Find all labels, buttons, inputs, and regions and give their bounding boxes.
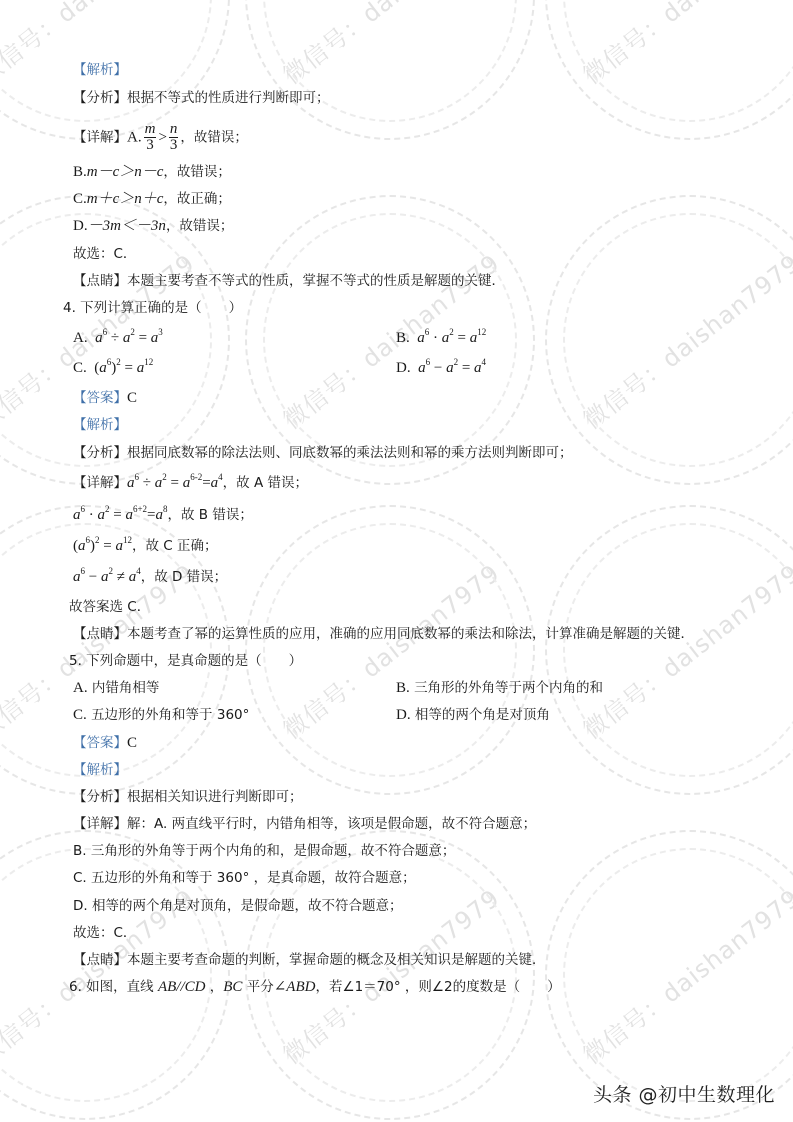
section-heading-jiexi: 【解析】 (73, 60, 127, 80)
q4-option-a: A. a6 ÷ a2 = a3 (73, 328, 163, 348)
question-4-stem: 4. 下列计算正确的是（ ） (63, 298, 242, 318)
detail-line-c: C.m＋c＞n＋c，故正确； (73, 189, 231, 209)
section-heading-jiexi: 【解析】 (73, 415, 127, 435)
detail-line-a: 【详解】A.m3>n3，故错误； (73, 122, 248, 153)
key-point-line: 【点睛】本题主要考查不等式的性质，掌握不等式的性质是解题的关键． (73, 271, 505, 291)
q4-option-b: B. a6 · a2 = a12 (396, 328, 486, 348)
detail-line: C. 五边形的外角和等于 360° ，是真命题，故符合题意； (73, 868, 416, 888)
watermark-stamp: 微信号：daishan7979 (545, 505, 793, 795)
section-heading-jiexi: 【解析】 (73, 760, 127, 780)
conclusion-line: 故答案选 C． (69, 597, 150, 617)
watermark-stamp: 微信号：daishan7979 (545, 195, 793, 485)
q5-option-d: D. 相等的两个角是对顶角 (396, 705, 550, 725)
q4-option-d: D. a6 − a2 = a4 (396, 358, 486, 378)
question-5-stem: 5. 下列命题中，是真命题的是（ ） (69, 651, 302, 671)
analysis-line: 【分析】根据相关知识进行判断即可； (73, 787, 303, 807)
source-credit: 头条 @初中生数理化 (593, 1080, 775, 1107)
fraction: n3 (169, 122, 179, 153)
detail-step-1: 【详解】a6 ÷ a2 = a6-2=a4，故 A 错误； (73, 473, 308, 493)
detail-step-3: (a6)2 = a12，故 C 正确； (73, 536, 217, 556)
detail-step-4: a6 − a2 ≠ a4，故 D 错误； (73, 567, 227, 587)
watermark-stamp: 微信号：daishan7979 (545, 0, 793, 140)
detail-line-d: D.－3m＜－3n，故错误； (73, 216, 233, 236)
detail-step-2: a6 · a2 = a6+2=a8，故 B 错误； (73, 505, 253, 525)
question-6-stem: 6. 如图，直线 AB//CD ，BC 平分∠ABD，若∠1＝70° ，则∠2的… (69, 977, 561, 997)
conclusion-line: 故选：C． (73, 923, 136, 943)
detail-line-b: B.m－c＞n－c，故错误； (73, 162, 231, 182)
q5-option-c: C. 五边形的外角和等于 360° (73, 705, 249, 725)
watermark-stamp: 微信号：daishan7979 (245, 505, 535, 795)
key-point-line: 【点睛】本题主要考查命题的判断，掌握命题的概念及相关知识是解题的关键． (73, 950, 546, 970)
watermark-stamp: 微信号：daishan7979 (245, 0, 535, 140)
answer-line: 【答案】C (73, 388, 137, 408)
analysis-line: 【分析】根据同底数幂的除法法则、同底数幂的乘法法则和幂的乘方法则判断即可； (73, 443, 573, 463)
detail-line: 【详解】解：A. 两直线平行时，内错角相等，该项是假命题，故不符合题意； (73, 814, 536, 834)
q4-option-c: C. (a6)2 = a12 (73, 358, 153, 378)
key-point-line: 【点睛】本题考查了幂的运算性质的应用，准确的应用同底数幂的乘法和除法，计算准确是… (73, 624, 694, 644)
q5-option-b: B. 三角形的外角等于两个内角的和 (396, 678, 603, 698)
watermark-stamp: 微信号：daishan7979 (245, 195, 535, 485)
conclusion-line: 故选：C． (73, 244, 136, 264)
analysis-line: 【分析】根据不等式的性质进行判断即可； (73, 88, 330, 108)
detail-line: D. 相等的两个角是对顶角，是假命题，故不符合题意； (73, 896, 402, 916)
watermark-stamp: 微信号：daishan7979 (545, 830, 793, 1120)
detail-line: B. 三角形的外角等于两个内角的和，是假命题，故不符合题意； (73, 841, 455, 861)
answer-line: 【答案】C (73, 733, 137, 753)
fraction: m3 (144, 122, 157, 153)
q5-option-a: A. 内错角相等 (73, 678, 159, 698)
